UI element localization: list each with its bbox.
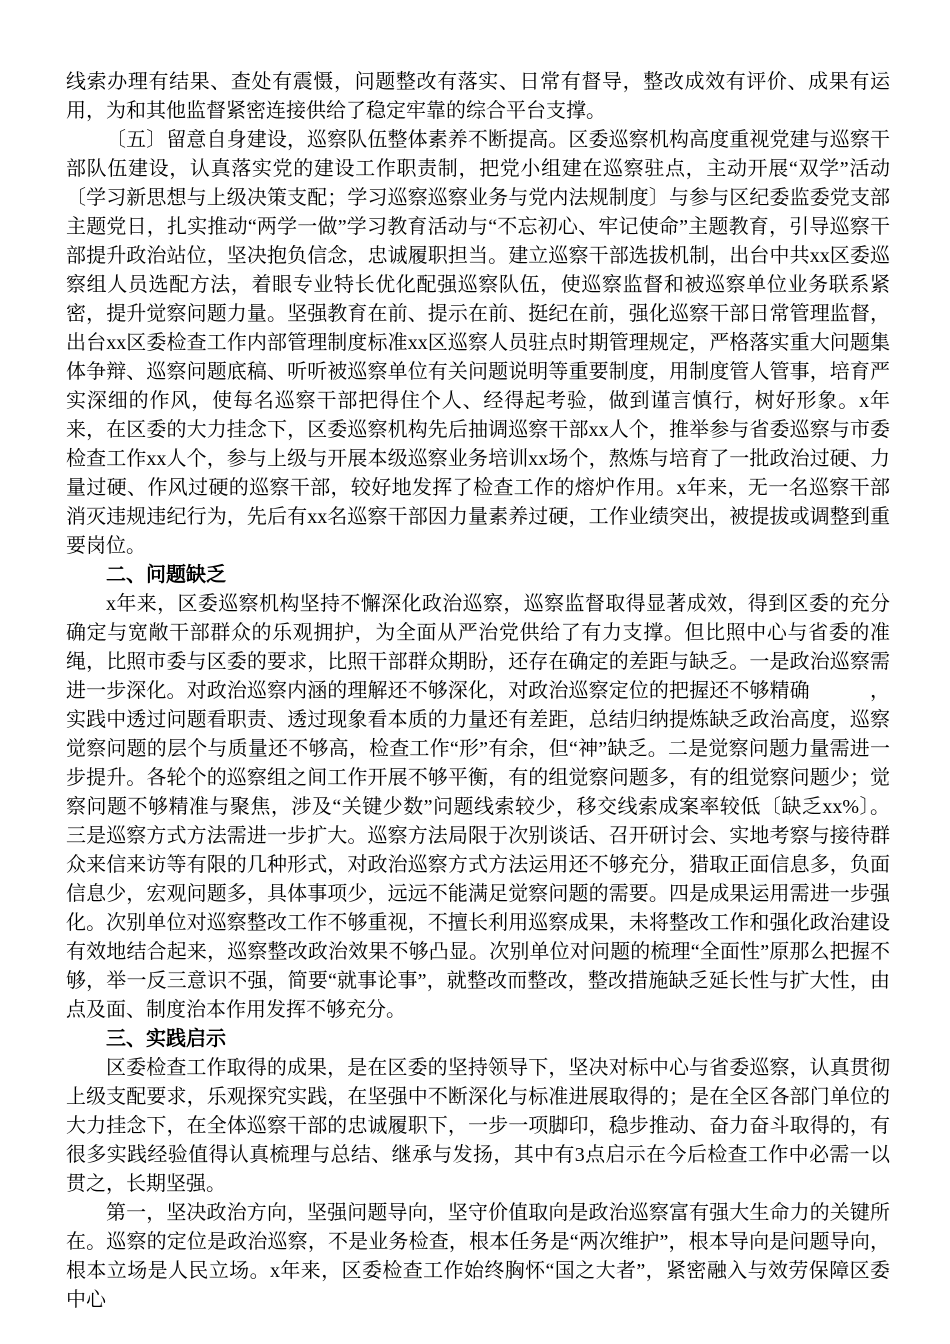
section-heading: 三、实践启示 xyxy=(66,1025,890,1054)
paragraph: 区委检查工作取得的成果，是在区委的坚持领导下，坚决对标中心与省委巡察，认真贯彻上… xyxy=(66,1054,890,1199)
document-page: 线索办理有结果、查处有震慑，问题整改有落实、日常有督导，整改成效有评价、成果有运… xyxy=(0,0,950,1344)
section-heading: 二、问题缺乏 xyxy=(66,561,890,590)
paragraph: 〔五〕留意自身建设，巡察队伍整体素养不断提高。区委巡察机构高度重视党建与巡察干部… xyxy=(66,126,890,561)
paragraph: 线索办理有结果、查处有震慑，问题整改有落实、日常有督导，整改成效有评价、成果有运… xyxy=(66,68,890,126)
paragraph: 第一，坚决政治方向，坚强问题导向，坚守价值取向是政治巡察富有强大生命力的关键所在… xyxy=(66,1199,890,1315)
paragraph: x年来，区委巡察机构坚持不懈深化政治巡察，巡察监督取得显著成效，得到区委的充分确… xyxy=(66,590,890,1025)
document-body: 线索办理有结果、查处有震慑，问题整改有落实、日常有督导，整改成效有评价、成果有运… xyxy=(66,68,890,1315)
